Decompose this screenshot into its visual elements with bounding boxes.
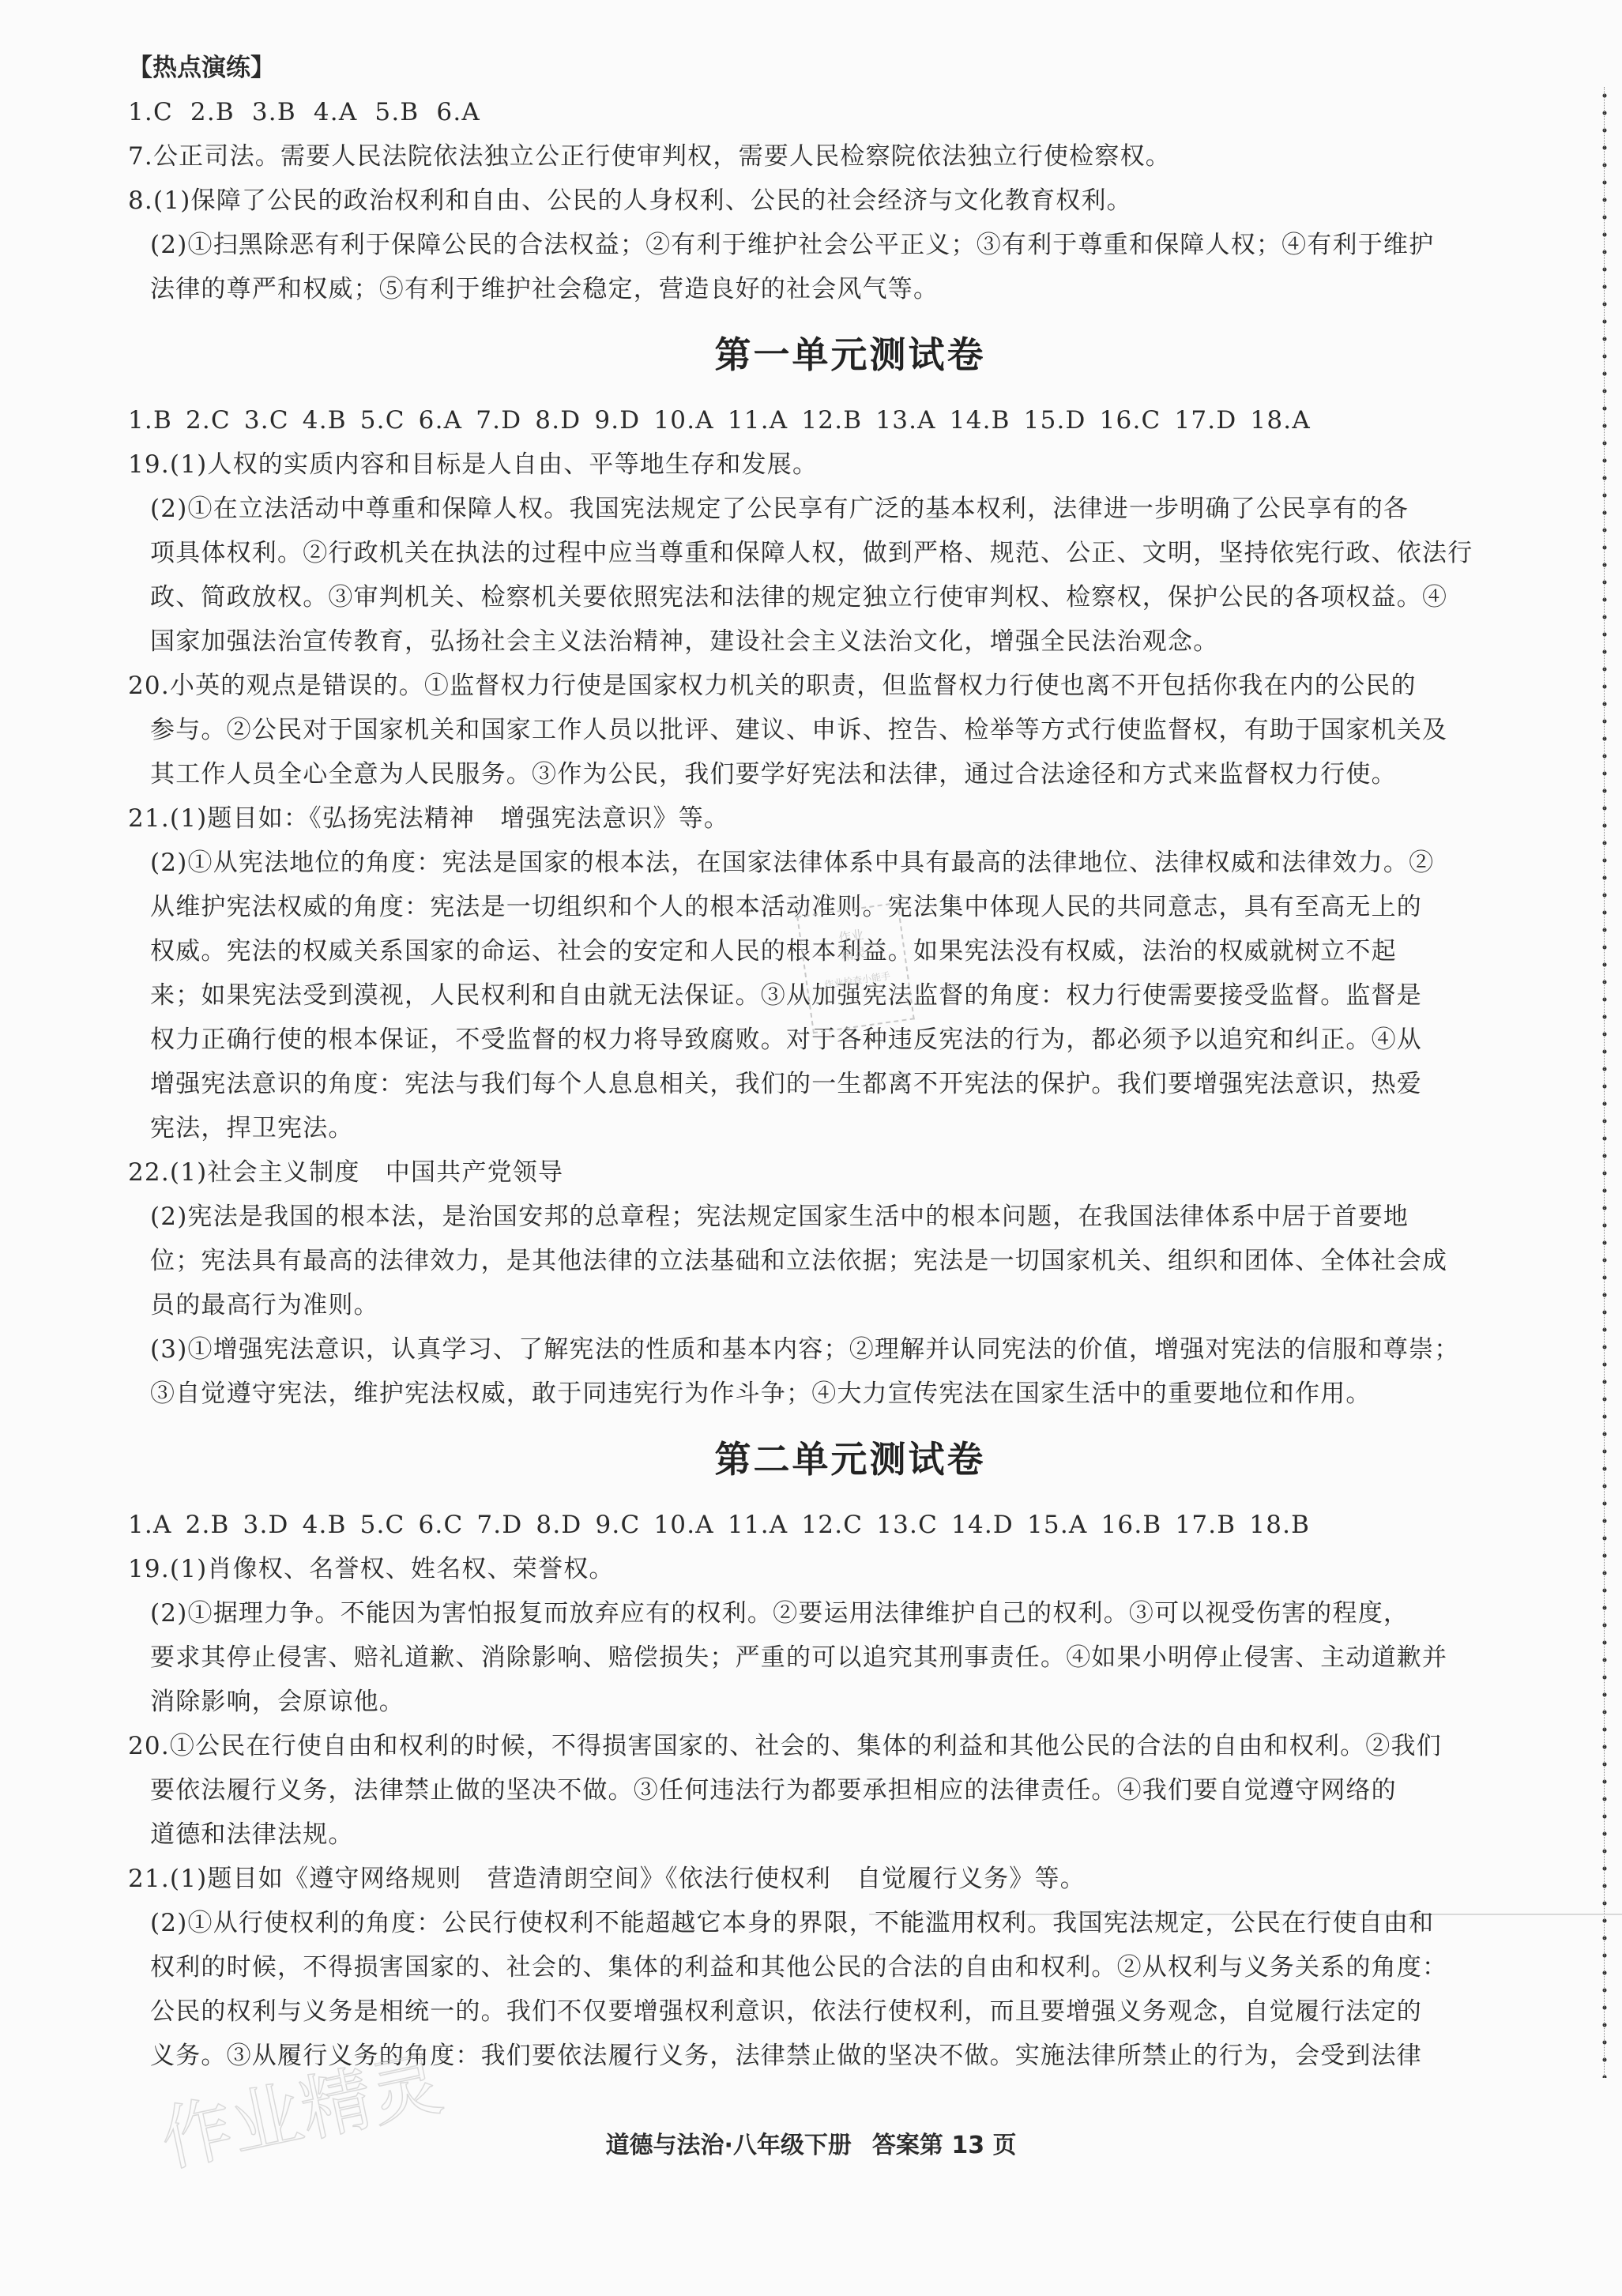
answer: 1.B bbox=[128, 406, 172, 435]
unit1-choices: 1.B2.C3.C4.B5.C6.A7.D8.D9.D10.A11.A12.B1… bbox=[128, 398, 1572, 442]
unit1-q22-1: 22.(1)社会主义制度 中国共产党领导 bbox=[128, 1150, 1572, 1195]
answer: 3.B bbox=[252, 98, 296, 126]
answer: 5.B bbox=[374, 98, 419, 126]
binding-line-decoration bbox=[1599, 87, 1610, 2078]
unit2-q19-2-line: (2)①据理力争。不能因为害怕报复而放弃应有的权利。②要运用法律维护自己的权利。… bbox=[128, 1591, 1572, 1635]
answer: 5.C bbox=[360, 406, 405, 435]
unit2-q20-line: 要依法履行义务，法律禁止做的坚决不做。③任何违法行为都要承担相应的法律责任。④我… bbox=[128, 1768, 1572, 1812]
unit1-q19-2-line: 项具体权利。②行政机关在执法的过程中应当尊重和保障人权，做到严格、规范、公正、文… bbox=[128, 531, 1572, 575]
answer: 10.A bbox=[653, 406, 714, 435]
answer: 10.A bbox=[653, 1511, 714, 1539]
answer: 12.C bbox=[801, 1511, 863, 1539]
unit2-choices: 1.A2.B3.D4.B5.C6.C7.D8.D9.C10.A11.A12.C1… bbox=[128, 1503, 1572, 1547]
unit1-title: 第一单元测试卷 bbox=[128, 311, 1572, 398]
answer: 16.B bbox=[1101, 1511, 1162, 1539]
answer: 7.D bbox=[476, 406, 521, 435]
unit2-q19-1: 19.(1)肖像权、名誉权、姓名权、荣誉权。 bbox=[128, 1547, 1572, 1591]
answer: 9.C bbox=[595, 1511, 640, 1539]
answer: 4.A bbox=[314, 98, 358, 126]
unit1-q19-2-line: (2)①在立法活动中尊重和保障人权。我国宪法规定了公民享有广泛的基本权利，法律进… bbox=[128, 487, 1572, 531]
page-footer: 道德与法治·八年级下册答案第 13 页 bbox=[0, 2125, 1622, 2160]
answer: 7.D bbox=[476, 1511, 522, 1539]
hot-practice-choices: 1.C2.B3.B4.A5.B6.A bbox=[128, 90, 1572, 134]
answer: 17.B bbox=[1175, 1511, 1236, 1539]
unit2-q19-2-line: 消除影响，会原谅他。 bbox=[128, 1680, 1572, 1724]
answer: 18.B bbox=[1249, 1511, 1310, 1539]
answer: 9.D bbox=[594, 406, 640, 435]
answer-page: 【热点演练】 1.C2.B3.B4.A5.B6.A 7.公正司法。需要人民法院依… bbox=[128, 46, 1572, 2078]
answer: 17.D bbox=[1174, 406, 1236, 435]
unit1-q21-2-line: 宪法，捍卫宪法。 bbox=[128, 1106, 1572, 1150]
answer: 16.C bbox=[1100, 406, 1161, 435]
answer: 2.B bbox=[190, 98, 235, 126]
stamp-text: 作业检查小能手 bbox=[807, 966, 908, 993]
hot-practice-q8-1: 8.(1)保障了公民的政治权利和自由、公民的人身权利、公民的社会经济与文化教育权… bbox=[128, 179, 1572, 223]
unit2-q21-1: 21.(1)题目如《遵守网络规则 营造清朗空间》《依法行使权利 自觉履行义务》等… bbox=[128, 1857, 1572, 1901]
answer: 11.A bbox=[728, 406, 788, 435]
unit1-q21-1: 21.(1)题目如：《弘扬宪法精神 增强宪法意识》等。 bbox=[128, 796, 1572, 841]
unit1-q22-2-line: 员的最高行为准则。 bbox=[128, 1283, 1572, 1327]
answer: 6.A bbox=[419, 406, 463, 435]
unit1-q19-2-line: 国家加强法治宣传教育，弘扬社会主义法治精神，建设社会主义法治文化，增强全民法治观… bbox=[128, 619, 1572, 664]
unit1-q20-line: 参与。②公民对于国家机关和国家工作人员以批评、建议、申诉、控告、检举等方式行使监… bbox=[128, 708, 1572, 752]
answer: 4.B bbox=[303, 406, 347, 435]
section-tag-hot-practice: 【热点演练】 bbox=[128, 46, 1572, 90]
answer: 14.D bbox=[951, 1511, 1014, 1539]
answer: 18.A bbox=[1250, 406, 1311, 435]
answer: 8.D bbox=[535, 406, 581, 435]
answer: 2.B bbox=[186, 1511, 230, 1539]
answer: 1.A bbox=[128, 1511, 172, 1539]
answer: 12.B bbox=[801, 406, 862, 435]
answer: 11.A bbox=[728, 1511, 788, 1539]
answer: 5.C bbox=[360, 1511, 405, 1539]
unit1-q22-3-line: ③自觉遵守宪法，维护宪法权威，敢于同违宪行为作斗争；④大力宣传宪法在国家生活中的… bbox=[128, 1372, 1572, 1416]
unit2-q20-line: 道德和法律法规。 bbox=[128, 1812, 1572, 1857]
unit2-q21-2-line: 权利的时候，不得损害国家的、社会的、集体的利益和其他公民的合法的自由和权利。②从… bbox=[128, 1945, 1572, 1989]
answer: 6.A bbox=[436, 98, 480, 126]
answer: 1.C bbox=[128, 98, 173, 126]
unit1-q20-line: 20.小英的观点是错误的。①监督权力行使是国家权力机关的职责，但监督权力行使也离… bbox=[128, 664, 1572, 708]
answer: 15.D bbox=[1024, 406, 1086, 435]
unit1-q22-2-line: (2)宪法是我国的根本法，是治国安邦的总章程；宪法规定国家生活中的根本问题，在我… bbox=[128, 1195, 1572, 1239]
unit1-q21-2-line: (2)①从宪法地位的角度：宪法是国家的根本法，在国家法律体系中具有最高的法律地位… bbox=[128, 841, 1572, 885]
unit2-q20-line: 20.①公民在行使自由和权利的时候，不得损害国家的、社会的、集体的利益和其他公民… bbox=[128, 1724, 1572, 1768]
answer: 3.C bbox=[244, 406, 289, 435]
answer: 6.C bbox=[418, 1511, 463, 1539]
answer: 14.B bbox=[950, 406, 1010, 435]
answer: 3.D bbox=[243, 1511, 289, 1539]
hot-practice-q8-2-line: 法律的尊严和权威；⑤有利于维护社会稳定，营造良好的社会风气等。 bbox=[128, 267, 1572, 311]
unit2-q19-2-line: 要求其停止侵害、赔礼道歉、消除影响、赔偿损失；严重的可以追究其刑事责任。④如果小… bbox=[128, 1635, 1572, 1680]
answer: 4.B bbox=[303, 1511, 347, 1539]
unit1-q22-3-line: (3)①增强宪法意识，认真学习、了解宪法的性质和基本内容；②理解并认同宪法的价值… bbox=[128, 1327, 1572, 1372]
unit2-q21-2-line: 公民的权利与义务是相统一的。我们不仅要增强权利意识，依法行使权利，而且要增强义务… bbox=[128, 1989, 1572, 2034]
hot-practice-q7: 7.公正司法。需要人民法院依法独立公正行使审判权，需要人民检察院依法独立行使检察… bbox=[128, 134, 1572, 179]
answer: 15.A bbox=[1027, 1511, 1088, 1539]
unit2-title: 第二单元测试卷 bbox=[128, 1416, 1572, 1503]
hot-practice-q8-2-line: (2)①扫黑除恶有利于保障公民的合法权益；②有利于维护社会公平正义；③有利于尊重… bbox=[128, 223, 1572, 267]
unit1-q20-line: 其工作人员全心全意为人民服务。③作为公民，我们要学好宪法和法律，通过合法途径和方… bbox=[128, 752, 1572, 796]
answer: 8.D bbox=[536, 1511, 581, 1539]
answer: 13.C bbox=[876, 1511, 938, 1539]
stamp-watermark: 作业 精灵 作业检查小能手 bbox=[796, 902, 915, 1034]
unit1-q21-2-line: 增强宪法意识的角度：宪法与我们每个人息息相关，我们的一生都离不开宪法的保护。我们… bbox=[128, 1062, 1572, 1106]
unit1-q22-2-line: 位；宪法具有最高的法律效力，是其他法律的立法基础和立法依据；宪法是一切国家机关、… bbox=[128, 1239, 1572, 1283]
answer: 13.A bbox=[875, 406, 936, 435]
answer: 2.C bbox=[186, 406, 231, 435]
unit2-q21-2-line: (2)①从行使权利的角度：公民行使权利不能超越它本身的界限，不能滥用权利。我国宪… bbox=[128, 1901, 1572, 1945]
unit1-q19-1: 19.(1)人权的实质内容和目标是人自由、平等地生存和发展。 bbox=[128, 442, 1572, 487]
footer-subject: 道德与法治·八年级下册 bbox=[605, 2132, 851, 2159]
footer-page-number: 答案第 13 页 bbox=[872, 2132, 1017, 2159]
unit1-q19-2-line: 政、简政放权。③审判机关、检察机关要依照宪法和法律的规定独立行使审判权、检察权，… bbox=[128, 575, 1572, 619]
